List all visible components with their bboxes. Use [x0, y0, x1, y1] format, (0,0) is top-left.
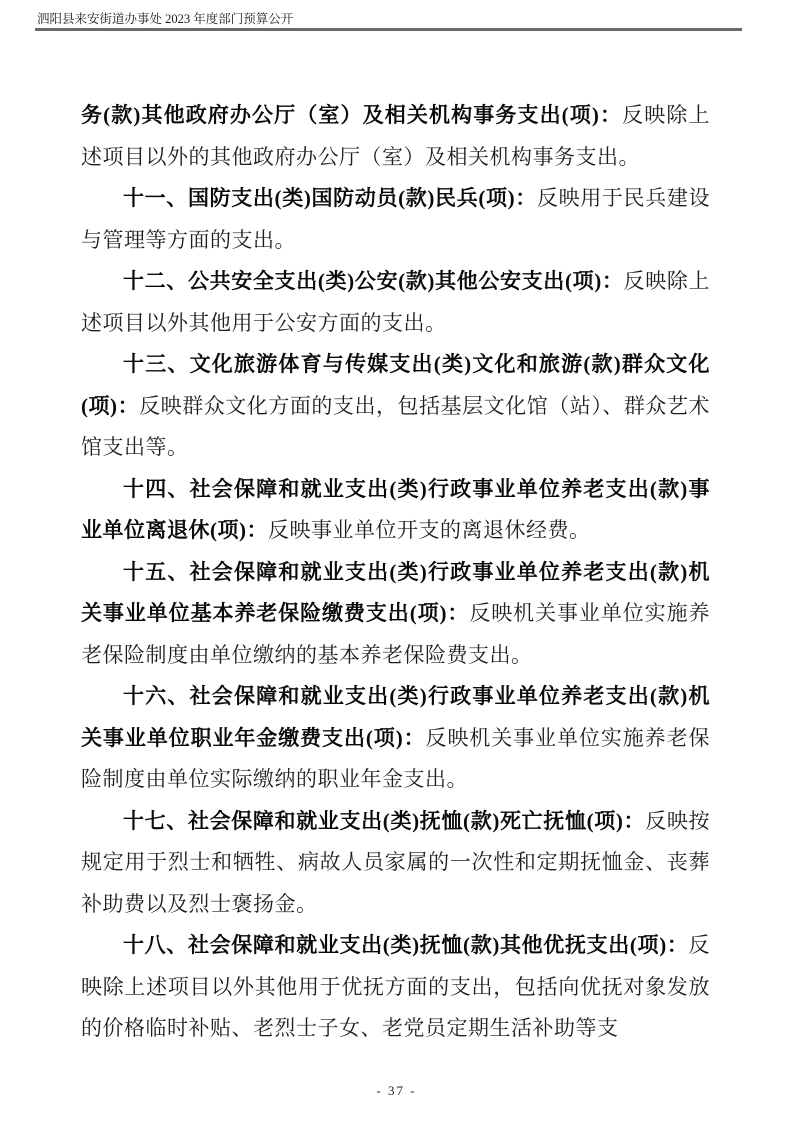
paragraph-item-15: 十五、社会保障和就业支出(类)行政事业单位养老支出(款)机关事业单位基本养老保险…	[81, 552, 710, 677]
expense-item-heading: 十二、公共安全支出(类)公安(款)其他公安支出(项)：	[123, 269, 624, 293]
paragraph-item-16: 十六、社会保障和就业支出(类)行政事业单位养老支出(款)机关事业单位职业年金缴费…	[81, 676, 710, 801]
paragraph-item-12: 十二、公共安全支出(类)公安(款)其他公安支出(项)：反映除上述项目以外其他用于…	[81, 261, 710, 344]
running-header-title: 泗阳县来安街道办事处 2023 年度部门预算公开	[37, 11, 293, 27]
header-rule	[35, 28, 742, 31]
paragraph-item-18: 十八、社会保障和就业支出(类)抚恤(款)其他优抚支出(项)：反映除上述项目以外其…	[81, 925, 710, 1050]
paragraph-item-11: 十一、国防支出(类)国防动员(款)民兵(项)：反映用于民兵建设与管理等方面的支出…	[81, 178, 710, 261]
expense-item-heading: 十七、社会保障和就业支出(类)抚恤(款)死亡抚恤(项)：	[123, 809, 645, 833]
expense-item-heading: 十八、社会保障和就业支出(类)抚恤(款)其他优抚支出(项)：	[123, 933, 689, 957]
document-body: 务(款)其他政府办公厅（室）及相关机构事务支出(项)：反映除上述项目以外的其他政…	[81, 95, 710, 1050]
expense-item-heading: 十一、国防支出(类)国防动员(款)民兵(项)：	[123, 186, 537, 210]
paragraph-item-17: 十七、社会保障和就业支出(类)抚恤(款)死亡抚恤(项)：反映按规定用于烈士和牺牲…	[81, 801, 710, 926]
document-page: 泗阳县来安街道办事处 2023 年度部门预算公开 务(款)其他政府办公厅（室）及…	[0, 0, 793, 1122]
paragraph-continuation: 务(款)其他政府办公厅（室）及相关机构事务支出(项)：反映除上述项目以外的其他政…	[81, 95, 710, 178]
expense-item-description: 反映事业单位开支的离退休经费。	[268, 518, 591, 542]
paragraph-item-14: 十四、社会保障和就业支出(类)行政事业单位养老支出(款)事业单位离退休(项)：反…	[81, 469, 710, 552]
page-number: - 37 -	[0, 1083, 793, 1099]
expense-item-description: 反映群众文化方面的支出，包括基层文化馆（站）、群众艺术馆支出等。	[81, 394, 710, 460]
paragraph-item-13: 十三、文化旅游体育与传媒支出(类)文化和旅游(款)群众文化(项)：反映群众文化方…	[81, 344, 710, 469]
expense-item-heading: 务(款)其他政府办公厅（室）及相关机构事务支出(项)：	[81, 103, 622, 127]
